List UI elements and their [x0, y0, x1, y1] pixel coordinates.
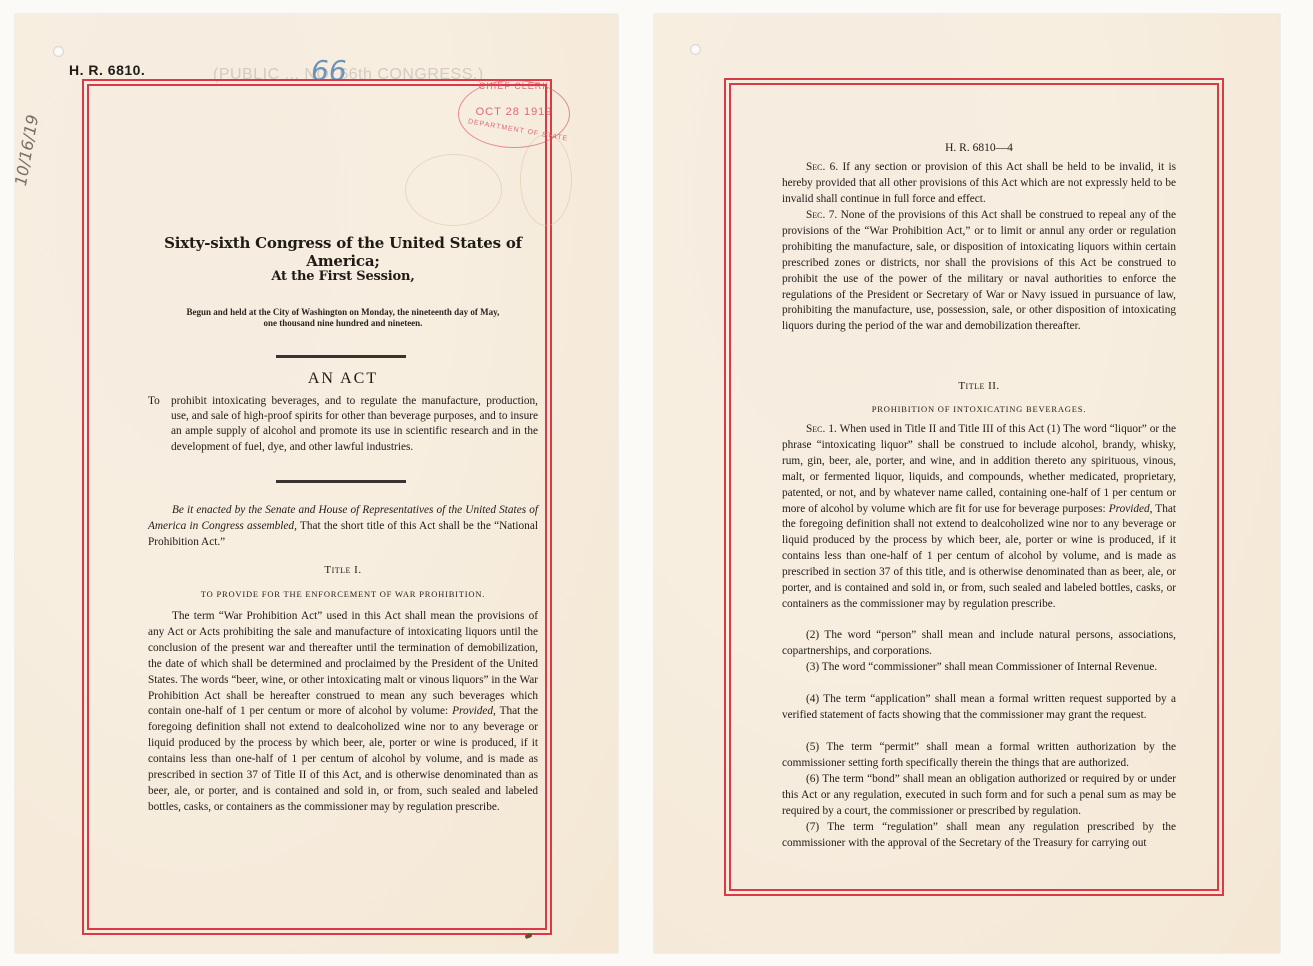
divider-rule: [276, 355, 406, 358]
handwritten-date: 10/16/19: [11, 113, 42, 187]
definition-6: (6) The term “bond” shall mean an obliga…: [782, 772, 1176, 820]
provided-italic: Provided,: [452, 705, 496, 717]
title-1-body: The term “War Prohibition Act” used in t…: [148, 609, 538, 816]
section-label: Sec. 7.: [806, 209, 837, 221]
title-subheading: PROHIBITION OF INTOXICATING BEVERAGES.: [782, 404, 1176, 414]
definition-7: (7) The term “regulation” shall mean any…: [782, 820, 1176, 852]
punch-hole: [690, 44, 701, 55]
session-date-line-1: Begun and held at the City of Washington…: [148, 307, 538, 318]
act-heading: AN ACT: [148, 370, 538, 388]
document-page-1: H. R. 6810. (PUBLIC ... NO. 66th CONGRES…: [15, 14, 618, 953]
section-text: That the foregoing definition shall not …: [782, 503, 1176, 610]
body-text: That the foregoing definition shall not …: [148, 705, 538, 812]
section-label: Sec. 6.: [806, 161, 838, 173]
received-stamp: CHIEF CLERK OCT 28 1919 DEPARTMENT OF ST…: [458, 80, 570, 148]
punch-hole: [53, 46, 64, 57]
section-label: Sec. 1.: [806, 423, 837, 435]
definition-5: (5) The term “permit” shall mean a forma…: [782, 740, 1176, 772]
act-purpose: To prohibit intoxicating beverages, and …: [148, 394, 538, 455]
faint-stamp: [520, 134, 572, 226]
congress-title: Sixty-sixth Congress of the United State…: [148, 234, 538, 270]
section-text: If any section or provision of this Act …: [782, 161, 1176, 205]
definition-3: (3) The word “commissioner” shall mean C…: [782, 660, 1176, 676]
purpose-text: prohibit intoxicating beverages, and to …: [171, 394, 538, 455]
bill-number: H. R. 6810.: [69, 62, 145, 78]
stamp-bottom-text: DEPARTMENT OF STATE: [467, 118, 569, 143]
title-heading: Title II.: [782, 380, 1176, 392]
section-7: Sec. 7. None of the provisions of this A…: [782, 208, 1176, 335]
running-head: H. R. 6810—4: [782, 142, 1176, 154]
enacting-clause: Be it enacted by the Senate and House of…: [148, 502, 538, 550]
section-text: When used in Title II and Title III of t…: [782, 423, 1176, 515]
section-6: Sec. 6. If any section or provision of t…: [782, 160, 1176, 208]
provided-italic: Provided,: [1109, 503, 1153, 515]
stamp-date: OCT 28 1919: [459, 106, 569, 118]
divider-rule: [276, 480, 406, 483]
title-heading: Title I.: [148, 564, 538, 576]
title-subheading: TO PROVIDE FOR THE ENFORCEMENT OF WAR PR…: [148, 589, 538, 599]
purpose-to: To: [148, 394, 160, 409]
faint-stamp: [405, 154, 502, 226]
stamp-top-text: CHIEF CLERK: [459, 81, 569, 91]
definition-4: (4) The term “application” shall mean a …: [782, 692, 1176, 724]
document-page-2: H. R. 6810—4 Sec. 6. If any section or p…: [654, 14, 1280, 953]
session-heading: At the First Session,: [148, 269, 538, 284]
title-2-section-1: Sec. 1. When used in Title II and Title …: [782, 422, 1176, 613]
ink-smudge: [525, 933, 533, 939]
section-text: None of the provisions of this Act shall…: [782, 209, 1176, 332]
session-date-line-2: one thousand nine hundred and nineteen.: [148, 318, 538, 329]
definition-2: (2) The word “person” shall mean and inc…: [782, 628, 1176, 660]
body-text: The term “War Prohibition Act” used in t…: [148, 610, 538, 717]
session-date: Begun and held at the City of Washington…: [148, 307, 538, 329]
